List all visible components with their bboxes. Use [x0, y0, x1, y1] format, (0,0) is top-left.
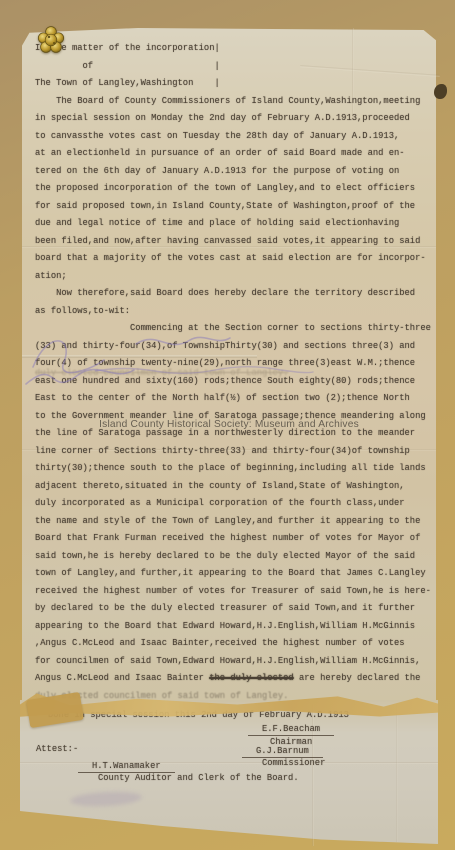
- brass-fastener-icon: [36, 24, 66, 56]
- chairman-name: E.F.Beacham: [248, 724, 334, 736]
- attest-label: Attest:-: [36, 744, 78, 754]
- document-line: duly elected councilmen of said town of …: [35, 688, 435, 706]
- auditor-signature: H.T.Wanamaker: [78, 761, 175, 773]
- document-line: board that a majority of the votes cast …: [35, 250, 435, 268]
- document-line: the name and style of the Town of Langle…: [35, 513, 435, 531]
- document-line: ation;: [35, 268, 435, 286]
- document-line: said town,he is hereby declared to be th…: [35, 548, 435, 566]
- document-line: received the highest number of votes for…: [35, 583, 435, 601]
- document-line: at an electionheld in pursuance of an or…: [35, 145, 435, 163]
- document-line: Now therefore,said Board does hereby dec…: [35, 285, 435, 303]
- document-line: town of Langley,and further,it appearing…: [35, 565, 435, 583]
- document-line: line corner of Sections thirty-three(33)…: [35, 443, 435, 461]
- document-line: by declared to be the duly elected treas…: [35, 600, 435, 618]
- document-line: for councilmen of said Town,Edward Howar…: [35, 653, 435, 671]
- document-line: the proposed incorporation of the town o…: [35, 180, 435, 198]
- commissioner-name: G.J.Barnum: [242, 746, 323, 758]
- document-line: tered on the 6th day of January A.D.1913…: [35, 163, 435, 181]
- document-line: In the matter of the incorporation|: [35, 40, 435, 58]
- watermark-text: Island County Historical Society: Museum…: [22, 419, 436, 430]
- chairman-signature: E.F.Beacham: [248, 724, 334, 736]
- document-line: The Town of Langley,Washington |: [35, 75, 435, 93]
- document-line: ,Angus C.McLeod and Isaac Bainter,receiv…: [35, 635, 435, 653]
- commissioner-title: Commissioner: [262, 758, 325, 768]
- document-line: in special session on Monday the 2nd day…: [35, 110, 435, 128]
- commissioner-signature: G.J.Barnum: [242, 746, 323, 758]
- document-line: for said proposed town,in Island County,…: [35, 198, 435, 216]
- document-line: of |: [35, 58, 435, 76]
- document-line: been filed,and now,after having canvasse…: [35, 233, 435, 251]
- document-line: Angus C.McLeod and Isaac Bainter the dul…: [35, 670, 435, 688]
- document-line: thirty(30);thence south to the place of …: [35, 460, 435, 478]
- edge-notch: [434, 84, 447, 99]
- purple-scribble: [18, 312, 243, 404]
- document-line: duly incorporated as a Municipal corpora…: [35, 495, 435, 513]
- document-line: Board that Frank Furman received the hig…: [35, 530, 435, 548]
- purple-strike-mark: [95, 364, 315, 376]
- document-line: to canvassthe votes cast on Tuesday the …: [35, 128, 435, 146]
- document-line: due and legal notice of time and place o…: [35, 215, 435, 233]
- auditor-title: County Auditor and Clerk of the Board.: [98, 773, 299, 783]
- auditor-name: H.T.Wanamaker: [78, 761, 175, 773]
- document-line: appearing to the Board that Edward Howar…: [35, 618, 435, 636]
- document-line: adjacent thereto,situated in the county …: [35, 478, 435, 496]
- document-line: The Board of County Commissioners of Isl…: [35, 93, 435, 111]
- scanned-document-page: In the matter of the incorporation| of |…: [0, 0, 455, 850]
